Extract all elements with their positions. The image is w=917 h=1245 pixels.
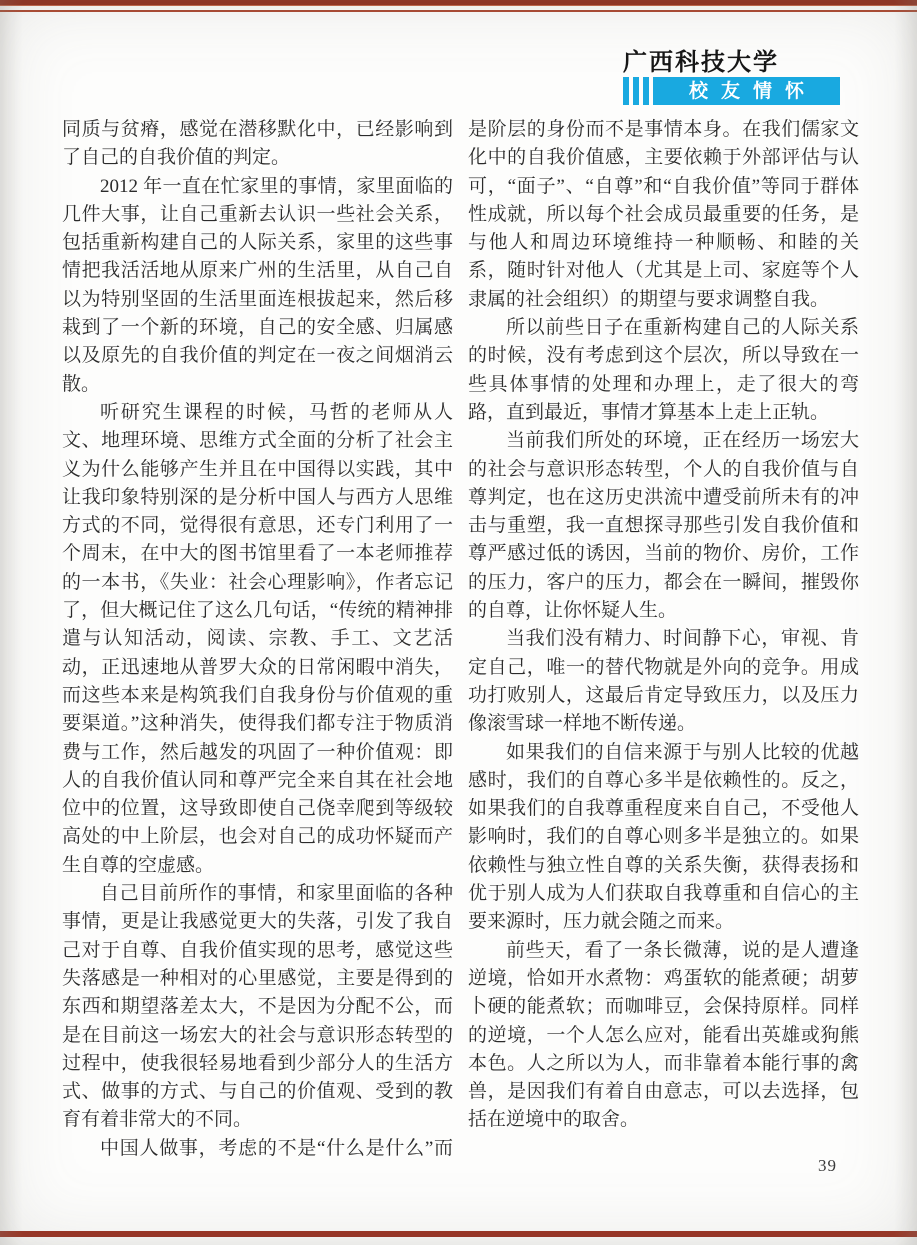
paragraph: 当我们没有精力、时间静下心，审视、肯定自己，唯一的替代物就是外向的竞争。用成功打… — [468, 625, 859, 738]
paragraph: 同质与贫瘠，感觉在潜移默化中，已经影响到了自己的自我价值的判定。 — [62, 116, 453, 173]
right-column: 是阶层的身份而不是事情本身。在我们儒家文化中的自我价值感，主要依赖于外部评估与认… — [468, 116, 859, 1160]
paragraph: 当前我们所处的环境，正在经历一场宏大的社会与意识形态转型，个人的自我价值与自尊判… — [468, 427, 859, 625]
banner-stripe — [633, 77, 639, 105]
paragraph: 如果我们的自信来源于与别人比较的优越感时，我们的自尊心多半是依赖性的。反之，如果… — [468, 739, 859, 937]
left-column: 同质与贫瘠，感觉在潜移默化中，已经影响到了自己的自我价值的判定。 2012 年一… — [62, 116, 453, 1160]
paragraph: 中国人做事，考虑的不是“什么是什么”而是“谁是谁”的问题，因为决定对错是非的 — [62, 1135, 453, 1160]
paragraph: 自己目前所作的事情，和家里面临的各种事情，更是让我感觉更大的失落，引发了我自己对… — [62, 880, 453, 1135]
paragraph: 是阶层的身份而不是事情本身。在我们儒家文化中的自我价值感，主要依赖于外部评估与认… — [468, 116, 859, 314]
banner-stripe — [643, 77, 649, 105]
top-border-thin-line — [0, 10, 917, 12]
bottom-border-line — [0, 1231, 917, 1237]
section-title: 校友情怀 — [676, 82, 817, 101]
paragraph: 2012 年一直在忙家里的事情，家里面临的几件大事，让自己重新去认识一些社会关系… — [62, 173, 453, 399]
paragraph: 前些天，看了一条长微薄，说的是人遭逢逆境，恰如开水煮物：鸡蛋软的能煮硬；胡萝卜硬… — [468, 937, 859, 1135]
paragraph: 所以前些日子在重新构建自己的人际关系的时候，没有考虑到这个层次，所以导致在一些具… — [468, 314, 859, 427]
paragraph: 听研究生课程的时候，马哲的老师从人文、地理环境、思维方式全面的分析了社会主义为什… — [62, 399, 453, 880]
page-number: 39 — [818, 1156, 837, 1176]
top-border-thick-line — [0, 0, 917, 6]
magazine-page: 广西科技大学 校友情怀 同质与贫瘠，感觉在潜移默化中，已经影响到了自己的自我价值… — [0, 0, 917, 1245]
institution-name: 广西科技大学 — [623, 42, 863, 77]
section-banner: 校友情怀 — [623, 77, 840, 105]
banner-stripe — [623, 77, 629, 105]
banner-main-block: 校友情怀 — [653, 77, 840, 105]
article-body: 同质与贫瘠，感觉在潜移默化中，已经影响到了自己的自我价值的判定。 2012 年一… — [62, 116, 859, 1160]
